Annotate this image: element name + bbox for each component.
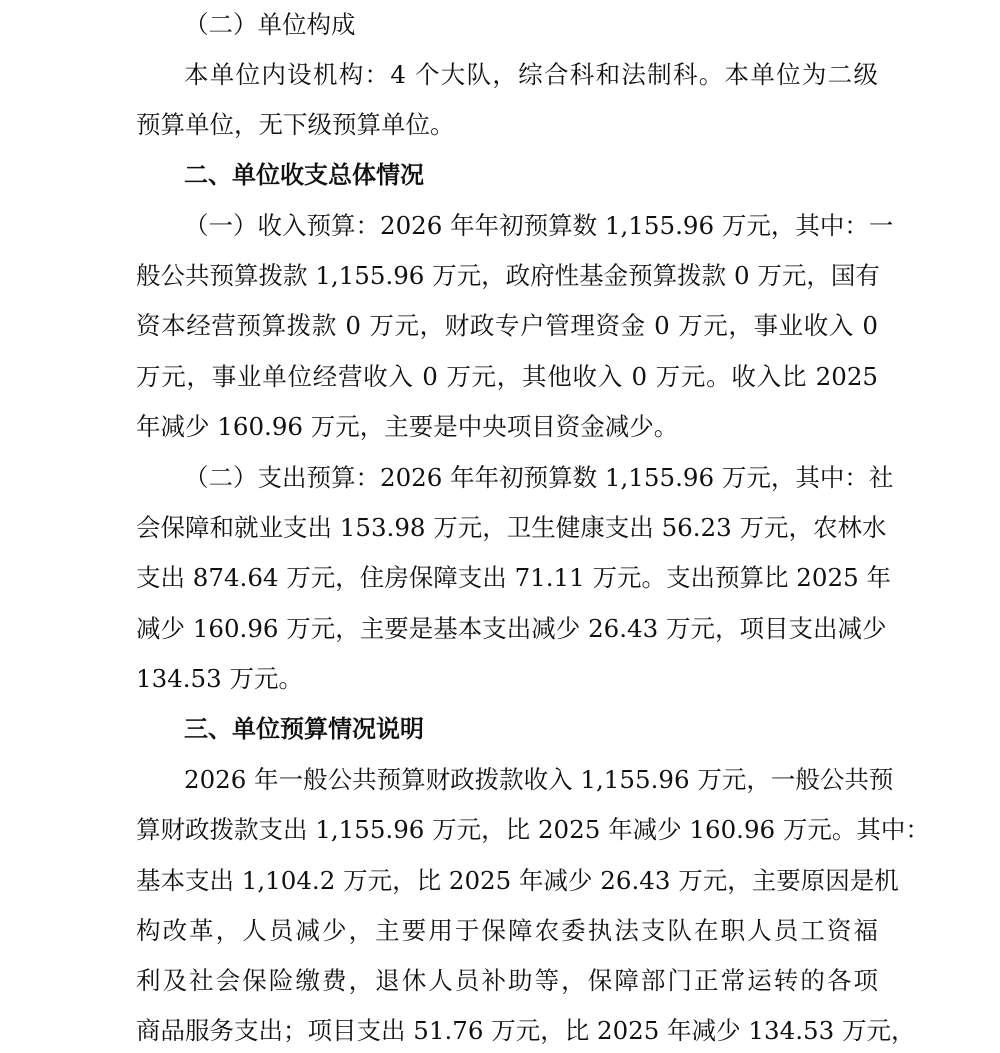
paragraph-line: 基本支出 1,104.2 万元，比 2025 年减少 26.43 万元，主要原因… — [136, 856, 878, 906]
paragraph-line: 般公共预算拨款 1,155.96 万元，政府性基金预算拨款 0 万元，国有 — [136, 251, 878, 301]
paragraph-line: 年减少 160.96 万元，主要是中央项目资金减少。 — [136, 402, 878, 452]
paragraph-line: 本单位内设机构：4 个大队，综合科和法制科。本单位为二级 — [136, 50, 878, 100]
section-heading-income-expenditure: 二、单位收支总体情况 — [136, 150, 878, 200]
paragraph-line: （二）支出预算：2026 年年初预算数 1,155.96 万元，其中：社 — [136, 453, 878, 503]
paragraph-line: 资本经营预算拨款 0 万元，财政专户管理资金 0 万元，事业收入 0 — [136, 301, 878, 351]
section-heading-budget-explanation: 三、单位预算情况说明 — [136, 704, 878, 754]
paragraph-line: 商品服务支出；项目支出 51.76 万元，比 2025 年减少 134.53 万… — [136, 1006, 878, 1053]
paragraph-line: 构改革，人员减少，主要用于保障农委执法支队在职人员工资福 — [136, 906, 878, 956]
sub-heading-unit-composition: （二）单位构成 — [136, 0, 878, 50]
paragraph-line: 会保障和就业支出 153.98 万元，卫生健康支出 56.23 万元，农林水 — [136, 503, 878, 553]
paragraph-line: （一）收入预算：2026 年年初预算数 1,155.96 万元，其中：一 — [136, 201, 878, 251]
paragraph-line: 134.53 万元。 — [136, 654, 878, 704]
paragraph-line: 支出 874.64 万元，住房保障支出 71.11 万元。支出预算比 2025 … — [136, 553, 878, 603]
paragraph-line: 减少 160.96 万元，主要是基本支出减少 26.43 万元，项目支出减少 — [136, 604, 878, 654]
paragraph-line: 万元，事业单位经营收入 0 万元，其他收入 0 万元。收入比 2025 — [136, 352, 878, 402]
paragraph-line: 预算单位，无下级预算单位。 — [136, 100, 878, 150]
paragraph-line: 2026 年一般公共预算财政拨款收入 1,155.96 万元，一般公共预 — [136, 755, 878, 805]
paragraph-line: 利及社会保险缴费，退休人员补助等，保障部门正常运转的各项 — [136, 956, 878, 1006]
paragraph-line: 算财政拨款支出 1,155.96 万元，比 2025 年减少 160.96 万元… — [136, 805, 878, 855]
